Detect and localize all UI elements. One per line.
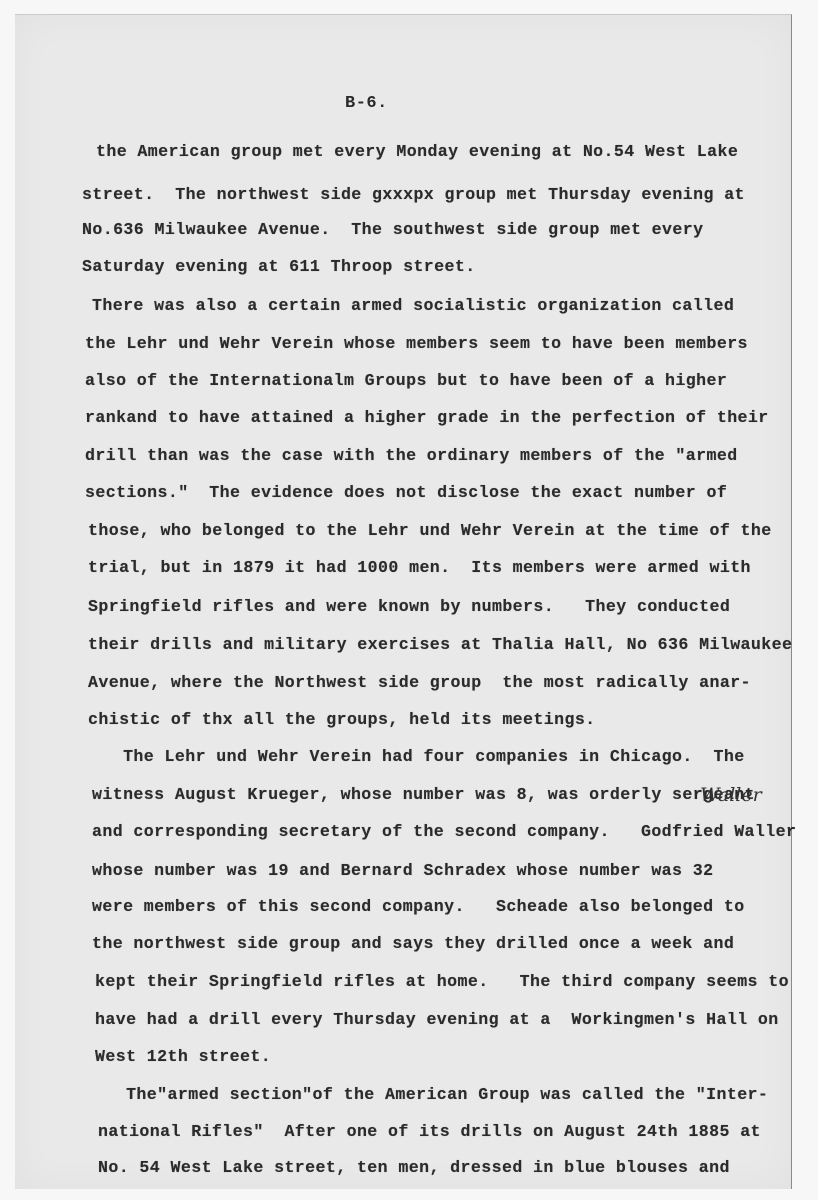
text-line: the northwest side group and says they d… — [92, 934, 734, 953]
text-line: Avenue, where the Northwest side group t… — [88, 673, 751, 692]
text-line: Springfield rifles and were known by num… — [88, 597, 730, 616]
page-number: B-6. — [345, 94, 388, 113]
text-line: trial, but in 1879 it had 1000 men. Its … — [88, 558, 751, 577]
text-line: sections." The evidence does not disclos… — [85, 483, 727, 502]
handwritten-annotation-waller: Waller — [700, 784, 762, 806]
text-line: the American group met every Monday even… — [96, 142, 738, 161]
text-line: West 12th street. — [95, 1047, 271, 1066]
text-line: and corresponding secretary of the secon… — [92, 822, 796, 841]
text-line: the Lehr und Wehr Verein whose members s… — [85, 334, 748, 353]
text-line: kept their Springfield rifles at home. T… — [95, 972, 789, 991]
text-line: also of the Internationalm Groups but to… — [85, 371, 727, 390]
text-line: rankand to have attained a higher grade … — [85, 408, 769, 427]
text-line: witness August Krueger, whose number was… — [92, 785, 755, 804]
text-line: chistic of thx all the groups, held its … — [88, 710, 596, 729]
text-line: whose number was 19 and Bernard Schradex… — [92, 861, 713, 880]
text-line: There was also a certain armed socialist… — [92, 296, 734, 315]
text-line: The Lehr und Wehr Verein had four compan… — [92, 747, 745, 766]
text-line: those, who belonged to the Lehr und Wehr… — [88, 521, 772, 540]
text-line: No. 54 West Lake street, ten men, dresse… — [98, 1158, 730, 1177]
text-line: drill than was the case with the ordinar… — [85, 446, 738, 465]
text-line: street. The northwest side gxxxpx group … — [82, 185, 745, 204]
text-line: The"armed section"of the American Group … — [95, 1085, 768, 1104]
text-line: national Rifles" After one of its drills… — [98, 1122, 761, 1141]
text-line: No.636 Milwaukee Avenue. The southwest s… — [82, 220, 703, 239]
text-line: have had a drill every Thursday evening … — [95, 1010, 779, 1029]
text-line: their drills and military exercises at T… — [88, 635, 792, 654]
text-line: were members of this second company. Sch… — [92, 897, 745, 916]
text-line: Saturday evening at 611 Throop street. — [82, 257, 476, 276]
